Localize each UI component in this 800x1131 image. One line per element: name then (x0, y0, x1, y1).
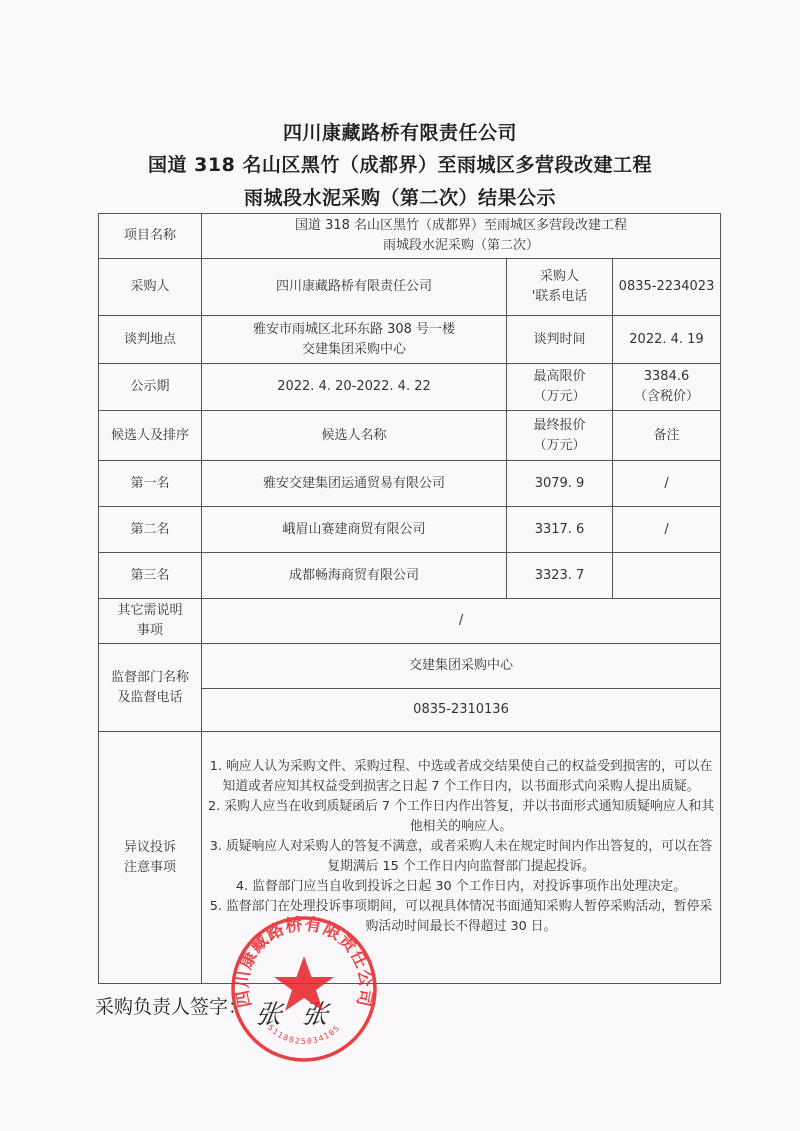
complaint-item: 3. 质疑响应人对采购人的答复不满意，或者采购人未在规定时间内作出答复的，可以在… (206, 837, 716, 877)
purchaser-label: 采购人 (99, 259, 202, 316)
row-negotiation: 谈判地点 雅安市雨城区北环东路 308 号一楼 交建集团采购中心 谈判时间 20… (99, 316, 721, 364)
candidate-rank-header: 候选人及排序 (99, 411, 202, 461)
supervision-dept: 交建集团采购中心 (202, 644, 721, 689)
doc-title-notice: 雨城段水泥采购（第二次）结果公示 (0, 183, 800, 210)
supervision-label-line2: 及监督电话 (103, 688, 197, 708)
candidate-price: 3079. 9 (507, 461, 613, 507)
candidate-price-header-line1: 最终报价 (511, 416, 608, 436)
negotiation-time-label: 谈判时间 (507, 316, 613, 364)
signature-label: 采购负责人签字： (95, 992, 247, 1019)
max-price-amount: 3384.6 (617, 367, 716, 387)
purchaser-phone: 0835-2234023 (613, 259, 721, 316)
row-candidates-header: 候选人及排序 候选人名称 最终报价 （万元） 备注 (99, 411, 721, 461)
candidate-rank: 第二名 (99, 507, 202, 553)
handwritten-signature: 张 张 (253, 994, 336, 1031)
other-notes-label-line2: 事项 (103, 621, 197, 641)
candidate-price: 3317. 6 (507, 507, 613, 553)
max-price-tax-note: （含税价） (617, 387, 716, 407)
supervision-phone: 0835-2310136 (202, 689, 721, 732)
row-notice-period: 公示期 2022. 4. 20-2022. 4. 22 最高限价 （万元） 33… (99, 364, 721, 411)
row-supervision-dept: 监督部门名称 及监督电话 交建集团采购中心 (99, 644, 721, 689)
max-price-value: 3384.6 （含税价） (613, 364, 721, 411)
row-purchaser: 采购人 四川康藏路桥有限责任公司 采购人 '联系电话 0835-2234023 (99, 259, 721, 316)
negotiation-time: 2022. 4. 19 (613, 316, 721, 364)
complaint-item: 5. 监督部门在处理投诉事项期间，可以视具体情况书面通知采购人暂停采购活动，暂停… (206, 897, 716, 937)
candidate-name-header: 候选人名称 (202, 411, 507, 461)
complaint-label: 异议投诉 注意事项 (99, 732, 202, 984)
candidate-name: 峨眉山赛建商贸有限公司 (202, 507, 507, 553)
candidate-remark (613, 553, 721, 599)
candidate-remark: / (613, 507, 721, 553)
negotiation-location-label: 谈判地点 (99, 316, 202, 364)
complaint-item: 1. 响应人认为采购文件、采购过程、中选或者成交结果使自己的权益受到损害的，可以… (206, 757, 716, 797)
candidate-name: 雅安交建集团运通贸易有限公司 (202, 461, 507, 507)
other-notes-value: / (202, 599, 721, 644)
candidate-price-header: 最终报价 （万元） (507, 411, 613, 461)
candidate-remark: / (613, 461, 721, 507)
row-project-name: 项目名称 国道 318 名山区黑竹（成都界）至雨城区多营段改建工程 雨城段水泥采… (99, 214, 721, 259)
complaint-item: 4. 监督部门应当自收到投诉之日起 30 个工作日内，对投诉事项作出处理决定。 (206, 877, 716, 897)
candidate-name: 成都畅海商贸有限公司 (202, 553, 507, 599)
purchaser-phone-label-line2: '联系电话 (511, 287, 608, 307)
project-name-label: 项目名称 (99, 214, 202, 259)
supervision-label-line1: 监督部门名称 (103, 668, 197, 688)
max-price-label-line1: 最高限价 (511, 367, 608, 387)
complaint-item: 2. 采购人应当在收到质疑函后 7 个工作日内作出答复，并以书面形式通知质疑响应… (206, 797, 716, 837)
project-name-line1: 国道 318 名山区黑竹（成都界）至雨城区多营段改建工程 (206, 216, 716, 236)
max-price-label: 最高限价 （万元） (507, 364, 613, 411)
negotiation-location-line1: 雅安市雨城区北环东路 308 号一楼 (206, 320, 502, 340)
other-notes-label: 其它需说明 事项 (99, 599, 202, 644)
complaint-notes: 1. 响应人认为采购文件、采购过程、中选或者成交结果使自己的权益受到损害的，可以… (202, 732, 721, 984)
candidate-rank: 第一名 (99, 461, 202, 507)
candidate-remark-header: 备注 (613, 411, 721, 461)
row-complaint: 异议投诉 注意事项 1. 响应人认为采购文件、采购过程、中选或者成交结果使自己的… (99, 732, 721, 984)
candidate-row: 第三名 成都畅海商贸有限公司 3323. 7 (99, 553, 721, 599)
complaint-label-line1: 异议投诉 (103, 838, 197, 858)
doc-title-company: 四川康藏路桥有限责任公司 (0, 118, 800, 145)
notice-period-value: 2022. 4. 20-2022. 4. 22 (202, 364, 507, 411)
candidate-price-header-line2: （万元） (511, 436, 608, 456)
supervision-label: 监督部门名称 及监督电话 (99, 644, 202, 732)
project-name-value: 国道 318 名山区黑竹（成都界）至雨城区多营段改建工程 雨城段水泥采购（第二次… (202, 214, 721, 259)
project-name-line2: 雨城段水泥采购（第二次） (206, 236, 716, 256)
purchaser-phone-label: 采购人 '联系电话 (507, 259, 613, 316)
row-other-notes: 其它需说明 事项 / (99, 599, 721, 644)
negotiation-location-line2: 交建集团采购中心 (206, 340, 502, 360)
candidate-row: 第二名 峨眉山赛建商贸有限公司 3317. 6 / (99, 507, 721, 553)
notice-period-label: 公示期 (99, 364, 202, 411)
complaint-label-line2: 注意事项 (103, 858, 197, 878)
negotiation-location: 雅安市雨城区北环东路 308 号一楼 交建集团采购中心 (202, 316, 507, 364)
candidate-row: 第一名 雅安交建集团运通贸易有限公司 3079. 9 / (99, 461, 721, 507)
max-price-label-line2: （万元） (511, 387, 608, 407)
purchaser-value: 四川康藏路桥有限责任公司 (202, 259, 507, 316)
candidate-price: 3323. 7 (507, 553, 613, 599)
result-table: 项目名称 国道 318 名山区黑竹（成都界）至雨城区多营段改建工程 雨城段水泥采… (98, 213, 721, 984)
purchaser-phone-label-line1: 采购人 (511, 267, 608, 287)
other-notes-label-line1: 其它需说明 (103, 601, 197, 621)
candidate-rank: 第三名 (99, 553, 202, 599)
doc-title-project: 国道 318 名山区黑竹（成都界）至雨城区多营段改建工程 (0, 150, 800, 177)
